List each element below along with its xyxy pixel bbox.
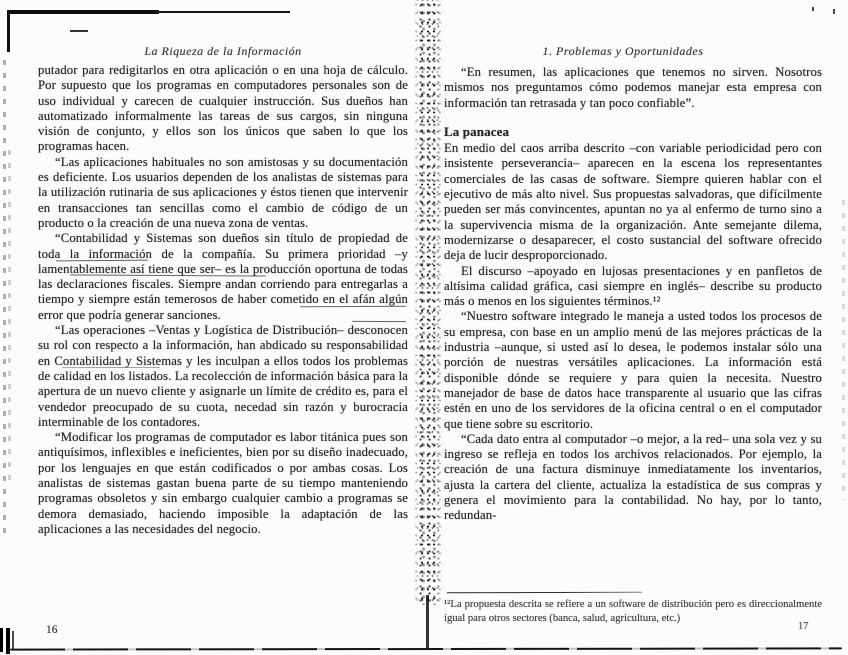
paragraph: “Contabilidad y Sistemas son dueños sin …	[38, 231, 408, 323]
margin-smudge-right	[842, 200, 845, 500]
paragraph: “En resumen, las aplicaciones que tenemo…	[444, 65, 822, 111]
margin-smudge-left-2	[8, 150, 11, 480]
scan-edge-artifact-bottom-left	[12, 631, 14, 649]
paragraph: “Nuestro software integrado le maneja a …	[444, 309, 822, 431]
paragraph: “Las operaciones –Ventas y Logística de …	[38, 323, 408, 430]
scan-speck	[70, 30, 88, 32]
binding-gutter-shadow	[413, 0, 443, 605]
paragraph: “Cada dato entra al computador –o mejor,…	[444, 432, 822, 524]
paragraph: “Las aplicaciones habituales no son amis…	[38, 155, 408, 231]
scan-speck	[812, 7, 814, 11]
binding-gutter-line	[426, 595, 429, 650]
scan-edge-artifact-top-tail	[155, 11, 290, 13]
footnote: ¹²La propuesta descrita se refiere a un …	[444, 598, 822, 625]
paragraph: “Modificar los programas de computador e…	[38, 430, 408, 537]
page-number-right: 17	[798, 621, 809, 632]
margin-smudge-left	[3, 60, 6, 540]
scan-edge-artifact-bottom-left	[6, 628, 10, 654]
scan-edge-artifact-corner	[7, 10, 10, 52]
scan-edge-artifact-bottom-left	[0, 628, 3, 652]
book-scan: La Riqueza de la Información putador par…	[0, 0, 848, 655]
paragraph: putador para redigitarlos en otra aplica…	[38, 63, 408, 155]
footnote-divider	[447, 592, 642, 594]
scan-speck	[833, 9, 835, 14]
paragraph: En medio del caos arriba descrito –con v…	[444, 141, 822, 263]
section-heading: La panacea	[444, 124, 822, 139]
scan-edge-artifact-bottom	[10, 647, 842, 650]
running-header-left: La Riqueza de la Información	[38, 44, 408, 59]
right-page-body: “En resumen, las aplicaciones que tenemo…	[444, 65, 822, 524]
running-header-right: 1. Problemas y Oportunidades	[443, 44, 803, 59]
scan-edge-artifact-top	[7, 10, 159, 14]
paragraph: El discurso –apoyado en lujosas presenta…	[444, 264, 822, 310]
page-number-left: 16	[46, 624, 58, 636]
left-page-body: putador para redigitarlos en otra aplica…	[38, 63, 408, 537]
